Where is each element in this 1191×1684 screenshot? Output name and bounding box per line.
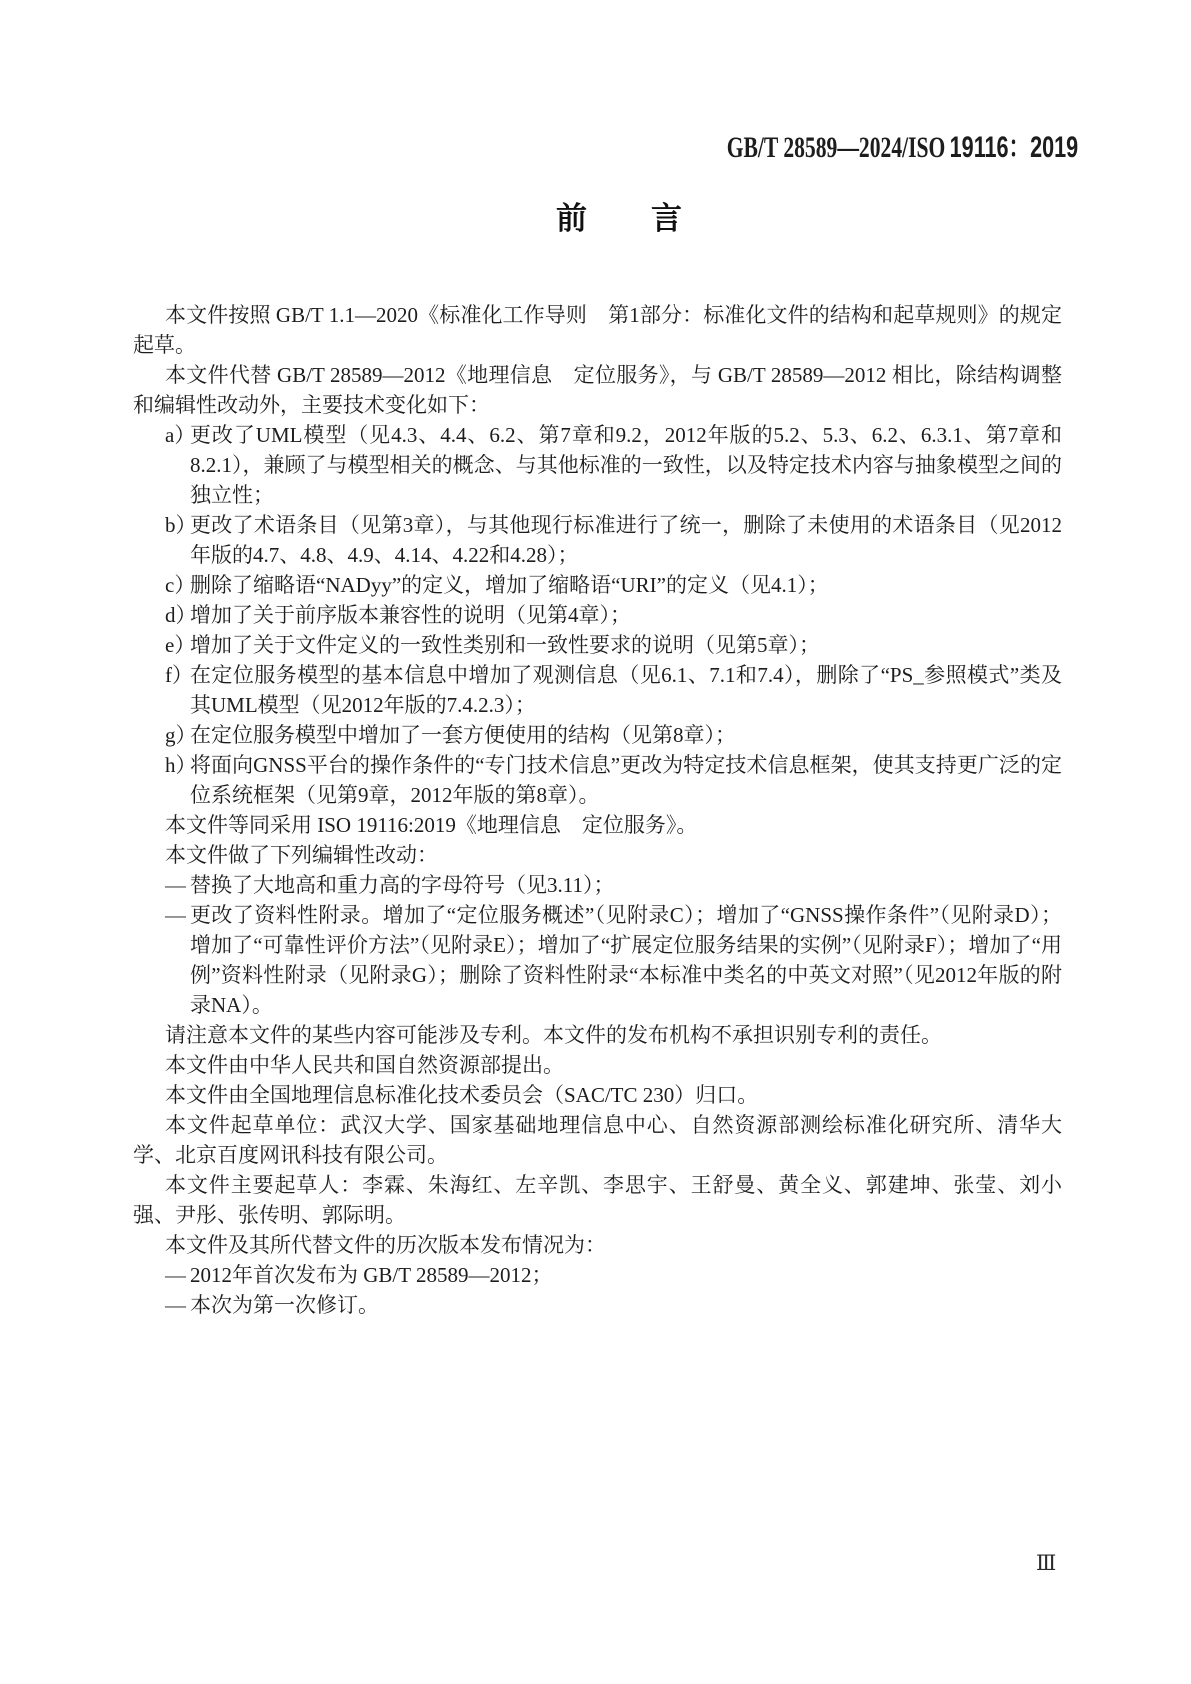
technical-change-item-e: e） 增加了关于文件定义的一致性类别和一致性要求的说明（见第5章）； [133,630,1062,660]
item-text: 更改了术语条目（见第3章），与其他现行标准进行了统一，删除了未使用的术语条目（见… [190,513,1062,567]
item-text: 增加了关于文件定义的一致性类别和一致性要求的说明（见第5章）； [190,633,820,657]
dash-marker: —— [165,900,186,930]
technical-change-item-c: c） 删除了缩略语“NADyy”的定义，增加了缩略语“URI”的定义（见4.1）… [133,570,1062,600]
item-marker: d） [165,600,197,630]
item-text: 删除了缩略语“NADyy”的定义，增加了缩略语“URI”的定义（见4.1）； [190,573,829,597]
standard-code: GB/T 28589—2024/ISO19116：2019 [726,133,1078,163]
item-marker: b） [165,510,197,540]
dash-marker: —— [165,1290,186,1320]
dash-marker: —— [165,870,186,900]
item-text: 更改了UML模型（见4.3、4.4、6.2、第7章和9.2，2012年版的5.2… [190,423,1062,507]
editorial-change-item-2: —— 更改了资料性附录。增加了“定位服务概述”（见附录C）；增加了“GNSS操作… [133,900,1062,1020]
committee-paragraph: 本文件由全国地理信息标准化技术委员会（SAC/TC 230）归口。 [133,1080,1062,1110]
editorial-intro-paragraph: 本文件做了下列编辑性改动： [133,840,1062,870]
item-marker: f） [165,660,193,690]
document-page: GB/T 28589—2024/ISO19116：2019 前 言 本文件按照 … [0,0,1191,1684]
item-marker: c） [165,570,195,600]
patent-paragraph: 请注意本文件的某些内容可能涉及专利。本文件的发布机构不承担识别专利的责任。 [133,1020,1062,1050]
technical-change-item-b: b） 更改了术语条目（见第3章），与其他现行标准进行了统一，删除了未使用的术语条… [133,510,1062,570]
item-text: 2012年首次发布为 GB/T 28589—2012； [190,1263,552,1287]
history-item-1: —— 2012年首次发布为 GB/T 28589—2012； [133,1260,1062,1290]
technical-change-item-a: a） 更改了UML模型（见4.3、4.4、6.2、第7章和9.2，2012年版的… [133,420,1062,510]
item-text: 替换了大地高和重力高的字母符号（见3.11）； [190,873,614,897]
foreword-title-char-1: 前 [556,202,587,236]
standard-code-gb-part: GB/T 28589—2024/ISO [726,131,945,164]
history-item-2: —— 本次为第一次修订。 [133,1290,1062,1320]
item-marker: g） [165,720,197,750]
foreword-title: 前 言 [556,202,682,236]
drafters-paragraph: 本文件主要起草人：李霖、朱海红、左辛凯、李思宇、王舒曼、黄全义、郭建坤、张莹、刘… [133,1170,1062,1230]
intro-paragraph-2: 本文件代替 GB/T 28589—2012《地理信息 定位服务》，与 GB/T … [133,360,1062,420]
technical-changes-list: a） 更改了UML模型（见4.3、4.4、6.2、第7章和9.2，2012年版的… [133,420,1062,810]
technical-change-item-f: f） 在定位服务模型的基本信息中增加了观测信息（见6.1、7.1和7.4），删除… [133,660,1062,720]
adoption-paragraph: 本文件等同采用 ISO 19116:2019《地理信息 定位服务》。 [133,810,1062,840]
editorial-change-item-1: —— 替换了大地高和重力高的字母符号（见3.11）； [133,870,1062,900]
item-text: 本次为第一次修订。 [190,1293,379,1317]
dash-marker: —— [165,1260,186,1290]
technical-change-item-d: d） 增加了关于前序版本兼容性的说明（见第4章）； [133,600,1062,630]
drafting-units-paragraph: 本文件起草单位：武汉大学、国家基础地理信息中心、自然资源部测绘标准化研究所、清华… [133,1110,1062,1170]
item-text: 增加了关于前序版本兼容性的说明（见第4章）； [190,603,631,627]
history-intro-paragraph: 本文件及其所代替文件的历次版本发布情况为： [133,1230,1062,1260]
item-marker: a） [165,420,195,450]
technical-change-item-g: g） 在定位服务模型中增加了一套方便使用的结构（见第8章）； [133,720,1062,750]
item-text: 更改了资料性附录。增加了“定位服务概述”（见附录C）；增加了“GNSS操作条件”… [190,903,1062,1017]
item-text: 在定位服务模型的基本信息中增加了观测信息（见6.1、7.1和7.4），删除了“P… [190,663,1062,717]
item-text: 将面向GNSS平台的操作条件的“专门技术信息”更改为特定技术信息框架，使其支持更… [190,753,1062,807]
foreword-title-char-2: 言 [651,202,682,236]
intro-paragraph-1: 本文件按照 GB/T 1.1—2020《标准化工作导则 第1部分：标准化文件的结… [133,300,1062,360]
standard-code-iso-part: 19116：2019 [949,131,1078,164]
item-marker: h） [165,750,197,780]
page-number: Ⅲ [1036,1551,1056,1575]
proposer-paragraph: 本文件由中华人民共和国自然资源部提出。 [133,1050,1062,1080]
technical-change-item-h: h） 将面向GNSS平台的操作条件的“专门技术信息”更改为特定技术信息框架，使其… [133,750,1062,810]
item-marker: e） [165,630,195,660]
foreword-body: 本文件按照 GB/T 1.1—2020《标准化工作导则 第1部分：标准化文件的结… [133,300,1062,1320]
item-text: 在定位服务模型中增加了一套方便使用的结构（见第8章）； [190,723,736,747]
